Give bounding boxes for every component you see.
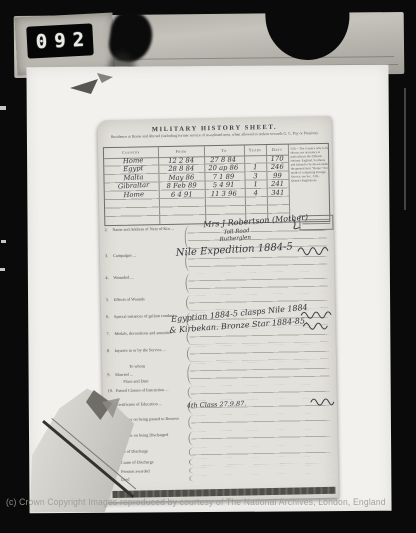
entry-rules xyxy=(191,413,330,430)
item-label: Married ... xyxy=(115,371,181,378)
film-edge-tick xyxy=(0,106,6,110)
entry-rules xyxy=(190,361,329,385)
film-edge-sliver xyxy=(404,88,406,210)
item-label: Died xyxy=(121,476,187,483)
crown-copyright-watermark: (c) Crown Copyright Images reproduced by… xyxy=(6,497,396,507)
item-entry xyxy=(187,361,329,385)
illegible-annotation-scribble xyxy=(299,307,335,334)
item-label: Campaigns ... xyxy=(113,252,179,259)
illegible-annotation-scribble xyxy=(296,242,332,257)
entry-rules xyxy=(192,473,331,482)
illegible-annotation-scribble xyxy=(309,394,337,408)
item-label: Place of Discharge xyxy=(117,448,183,455)
item-entry xyxy=(185,271,327,294)
document-sheet: MILITARY HISTORY SHEET. Residence at Hom… xyxy=(97,116,338,502)
col-header-years: Years xyxy=(244,147,266,152)
frame-counter: 092 xyxy=(26,23,94,58)
item-label: Pension awarded xyxy=(121,468,187,475)
item-number: 9. xyxy=(107,372,110,377)
item-label: Certificates of Education ... xyxy=(116,401,182,408)
frame-counter-digits: 092 xyxy=(28,28,91,53)
item-entry xyxy=(188,413,330,430)
item-number: 10. xyxy=(107,388,113,393)
item-number: 3. xyxy=(105,253,108,258)
item-number: 8. xyxy=(107,348,110,353)
item-label: Wounded ... xyxy=(113,274,179,281)
item-sublabel-place-date: Place and Date xyxy=(123,378,189,385)
item-entry xyxy=(189,473,331,482)
item-number: 5. xyxy=(106,297,109,302)
cell-to: 11 3 96 xyxy=(203,189,245,198)
microfilm-scan-frame: 092 MILITARY HISTORY SHEET. Residence at… xyxy=(0,0,416,533)
item-entry xyxy=(187,344,329,362)
cell-country: Home xyxy=(109,189,159,200)
item-label: Cause of Discharge xyxy=(121,459,187,466)
item-sublabel-to-whom: To whom xyxy=(129,362,195,369)
item-number: 2. xyxy=(104,227,107,232)
entry-rules xyxy=(191,429,330,446)
illegible-annotation-scribble xyxy=(289,215,307,230)
item-label: Name and Address of Next of Kin ... xyxy=(112,226,178,233)
film-edge-tick xyxy=(0,268,5,271)
document-footer-printline xyxy=(112,487,335,498)
col-header-days: Days xyxy=(266,147,288,152)
item-number: 7. xyxy=(106,331,109,336)
item-label: Passed Classes of Instruction ... xyxy=(115,387,181,394)
entry-rules xyxy=(190,344,329,362)
item-number: 6. xyxy=(106,314,109,319)
col-header-from: From xyxy=(158,148,204,154)
item-label: Effects of Wounds xyxy=(114,296,180,303)
table-nb-note: N.B.—The Country only to be shown; not n… xyxy=(289,145,331,221)
item-entry xyxy=(188,429,330,446)
entry-rules xyxy=(188,271,327,294)
cell-days: 341 xyxy=(265,188,291,197)
cell-from: 6 4 91 xyxy=(159,190,205,199)
col-header-country: Country xyxy=(104,149,158,155)
col-header-to: To xyxy=(204,147,244,153)
item-number: 4. xyxy=(105,275,108,280)
film-edge-tick xyxy=(1,240,6,243)
cell-years: 4 xyxy=(245,189,267,198)
item-label: Injuries in or by the Service ... xyxy=(115,347,181,354)
